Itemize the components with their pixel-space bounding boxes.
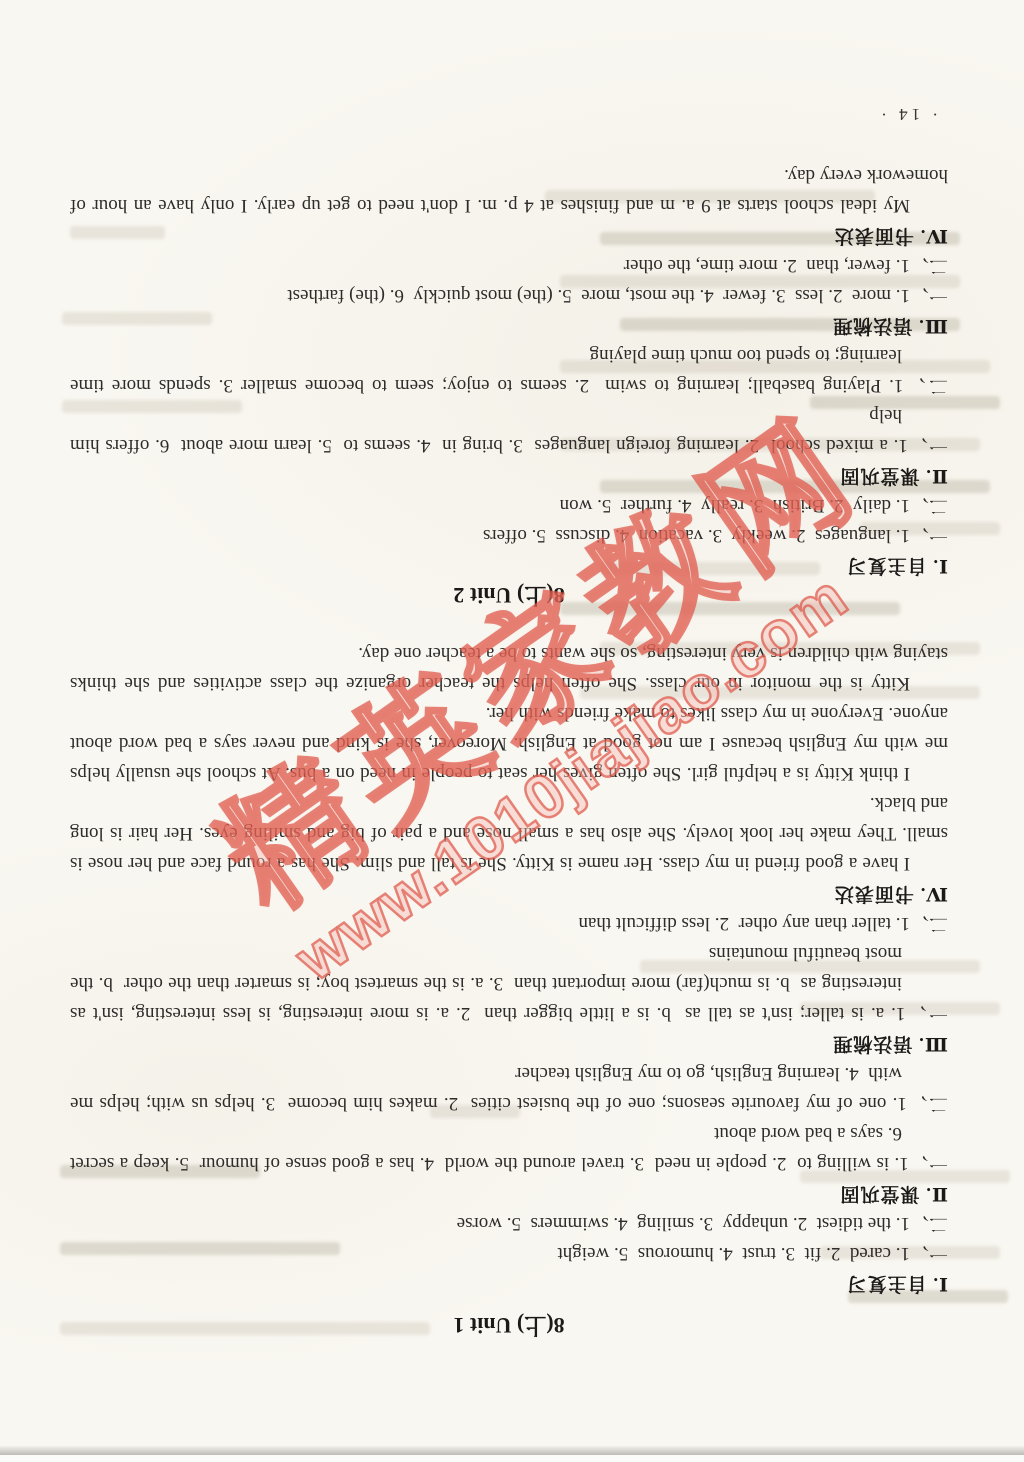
answer-text: 1. the tidiest 2. unhappy 3. smiling 4. … — [457, 1213, 910, 1234]
page-number: · 14 · — [877, 104, 938, 124]
page-content: 8(上) Unit 1 Ⅰ. 自主复习 一、1. cared 2. fit 3.… — [0, 160, 1024, 1462]
section-heading: 书面表达 — [834, 883, 914, 904]
answer-label: 一、 — [909, 1153, 948, 1174]
rotated-page-sheet: 8(上) Unit 1 Ⅰ. 自主复习 一、1. cared 2. fit 3.… — [0, 0, 1024, 1462]
answer-label: 一、 — [910, 285, 948, 306]
section-heading: 语法梳理 — [832, 1033, 912, 1054]
scan-edge-shadow — [0, 1446, 1024, 1455]
section-numeral: Ⅳ. — [920, 225, 948, 246]
answer-line: 一、1. a. is taller; isn't as tall as b. i… — [70, 938, 948, 1028]
answer-text: 1. daily 2. British 3. really 4. further… — [560, 495, 910, 516]
answer-label: 一、 — [905, 1003, 948, 1024]
unit1-section1-header: Ⅰ. 自主复习 — [70, 1268, 948, 1298]
answer-text: 1. languages 2. weekly 3. vacation 4. di… — [483, 525, 910, 546]
answer-text: 1. Playing baseball; learning to swim 2.… — [65, 345, 903, 396]
answer-line: 二、1. fewer, than 2. more time, the other — [70, 250, 948, 280]
unit1-section4-header: Ⅳ. 书面表达 — [70, 878, 948, 908]
answer-line: 一、1. is willing to 2. people in need 3. … — [70, 1118, 948, 1178]
answer-text: 1. a mixed school 2. learning foreign la… — [65, 405, 908, 456]
section-numeral: Ⅳ. — [920, 883, 948, 904]
unit2-section4-header: Ⅳ. 书面表达 — [70, 220, 948, 250]
unit1-title: 8(上) Unit 1 — [70, 1310, 948, 1340]
answer-line: 一、1. cared 2. fit 3. trust 4. humorous 5… — [70, 1238, 948, 1268]
section-numeral: Ⅱ. — [925, 465, 948, 486]
answer-line: 一、1. a mixed school 2. learning foreign … — [70, 400, 948, 460]
answer-line: 一、1. languages 2. weekly 3. vacation 4. … — [70, 520, 948, 550]
answer-line: 一、1. more 2. less 3. fewer 4. the most, … — [70, 280, 948, 310]
section-heading: 课堂巩固 — [839, 1183, 919, 1204]
answer-label: 一、 — [908, 435, 948, 456]
essay-paragraph: I have a good friend in my class. Her na… — [70, 788, 948, 878]
unit1-section2-header: Ⅱ. 课堂巩固 — [70, 1178, 948, 1208]
answer-text: 1. is willing to 2. people in need 3. tr… — [61, 1123, 909, 1174]
answer-text: 1. taller than any other 2. less difficu… — [578, 913, 910, 934]
answer-text: 1. cared 2. fit 3. trust 4. humorous 5. … — [557, 1243, 910, 1264]
unit2-section1-header: Ⅰ. 自主复习 — [70, 550, 948, 580]
section-numeral: Ⅲ. — [918, 1033, 948, 1054]
unit1-section3-header: Ⅲ. 语法梳理 — [70, 1028, 948, 1058]
answer-label: 一、 — [910, 1243, 948, 1264]
essay-paragraph: My ideal school starts at 9 a. m and fin… — [70, 160, 948, 220]
answer-line: 二、1. one of my favourite seasons; one of… — [70, 1058, 948, 1118]
answer-line: 二、1. Playing baseball; learning to swim … — [70, 340, 948, 400]
answer-label: 二、 — [907, 1093, 948, 1114]
section-heading: 书面表达 — [834, 225, 914, 246]
section-numeral: Ⅲ. — [918, 315, 948, 336]
answer-text: 1. fewer, than 2. more time, the other — [624, 255, 910, 276]
essay-paragraph: I think Kitty is a helpful girl. She oft… — [70, 698, 948, 788]
answer-label: 二、 — [903, 375, 948, 396]
section-heading: 自主复习 — [847, 555, 927, 576]
section-heading: 自主复习 — [847, 1273, 927, 1294]
unit2-title: 8(上) Unit 2 — [70, 580, 948, 610]
answer-line: 二、1. taller than any other 2. less diffi… — [70, 908, 948, 938]
unit2-section3-header: Ⅲ. 语法梳理 — [70, 310, 948, 340]
section-numeral: Ⅰ. — [932, 1273, 948, 1294]
answer-label: 二、 — [910, 913, 948, 934]
answer-label: 二、 — [910, 495, 948, 516]
answer-line: 二、1. daily 2. British 3. really 4. furth… — [70, 490, 948, 520]
essay-paragraph: Kitty is the monitor in our class. She o… — [70, 638, 948, 698]
answer-label: 一、 — [910, 525, 948, 546]
section-heading: 语法梳理 — [832, 315, 912, 336]
answer-line: 二、1. the tidiest 2. unhappy 3. smiling 4… — [70, 1208, 948, 1238]
answer-text: 1. one of my favourite seasons; one of t… — [65, 1063, 907, 1114]
answer-text: 1. more 2. less 3. fewer 4. the most, mo… — [287, 285, 910, 306]
scanned-answer-page: 8(上) Unit 1 Ⅰ. 自主复习 一、1. cared 2. fit 3.… — [0, 0, 1024, 1462]
answer-label: 二、 — [910, 255, 948, 276]
answer-label: 二、 — [910, 1213, 948, 1234]
answer-text: 1. a. is taller; isn't as tall as b. is … — [65, 943, 905, 1024]
scan-edge-strip — [0, 1455, 1024, 1462]
section-numeral: Ⅱ. — [925, 1183, 948, 1204]
section-heading: 课堂巩固 — [839, 465, 919, 486]
unit2-section2-header: Ⅱ. 课堂巩固 — [70, 460, 948, 490]
section-numeral: Ⅰ. — [932, 555, 948, 576]
